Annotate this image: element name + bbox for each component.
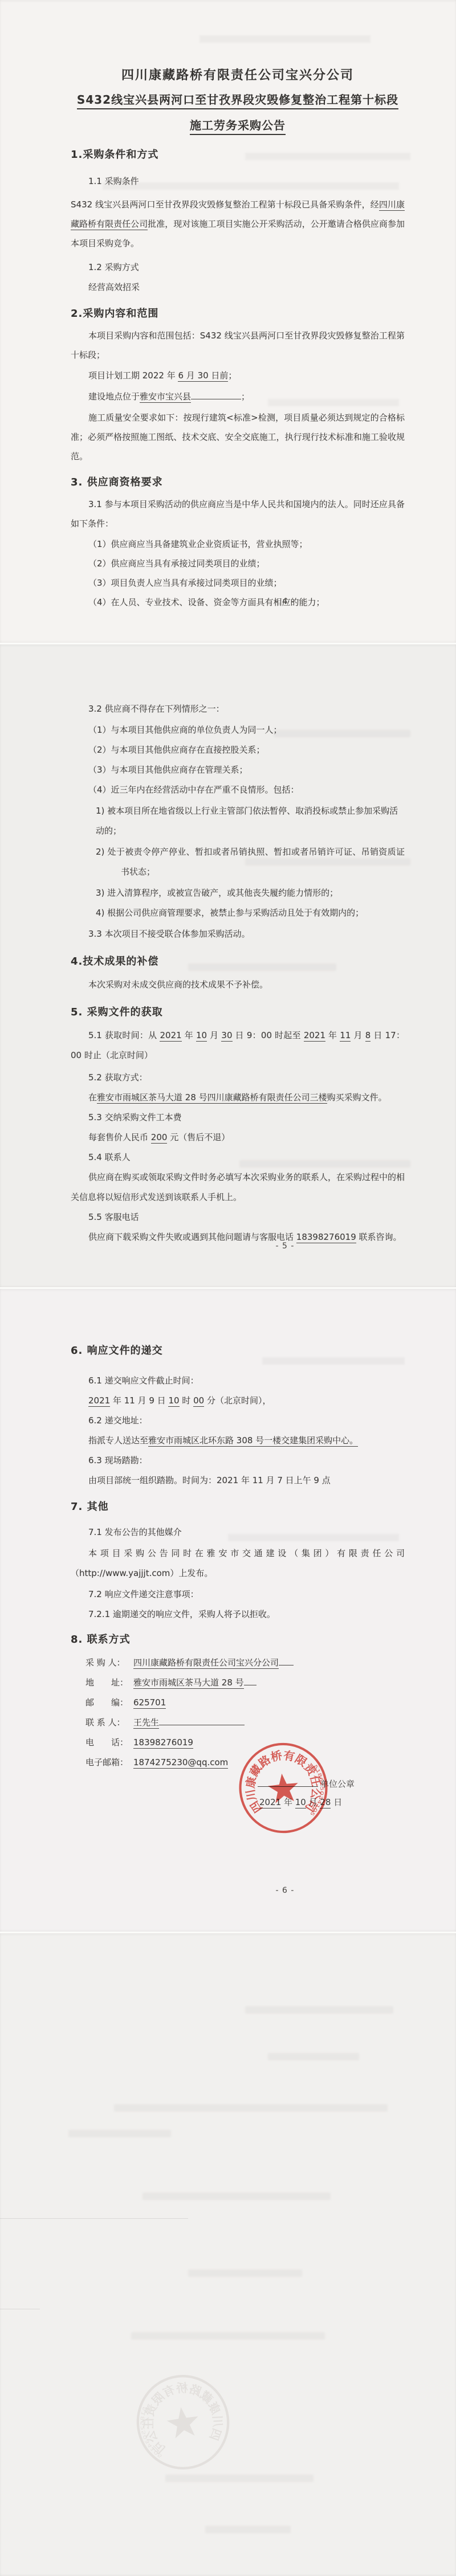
clause-5-1-text: 5.1 获取时间：从 2021 年 10 月 30 日 9：00 时起至 202… [71, 1026, 405, 1065]
contact-person-note: 供应商在购买或领取采购文件时务必填写本次采购业务的联系人，在采购过程中的相关信息… [71, 1167, 405, 1207]
page-number-4: - 4 - [0, 597, 456, 606]
company-seal-stamp: 四川康藏路桥有限责任公司 518625034105 [231, 1726, 336, 1850]
page-number-6: - 6 - [0, 1886, 456, 1895]
section-4-heading: 4.技术成果的补偿 [71, 953, 405, 970]
scanned-procurement-announcement: 四川康藏路桥有限责任公司宝兴分公司 S432线宝兴县两河口至甘孜界段灾毁修复整治… [0, 0, 456, 2576]
document-page-1: 四川康藏路桥有限责任公司宝兴分公司 S432线宝兴县两河口至甘孜界段灾毁修复整治… [0, 0, 456, 643]
document-page-3: 6. 响应文件的递交 6.1 递交响应文件截止时间： 2021 年 11 月 9… [0, 1289, 456, 1932]
delivery-address-line: 指派专人送达至雅安市雨城区北环东路 308 号一楼交建集团采购中心。 [71, 1431, 405, 1451]
contact-label: 采 购 人： [85, 1653, 133, 1673]
contact-label: 电 话： [85, 1733, 133, 1753]
contact-value: 1874275230@qq.com [133, 1757, 228, 1769]
seal-bleed-through: 四川康藏路桥有限责任公司 518625034105 [127, 2367, 239, 2478]
announcement-title-text: 施工劳务采购公告 [190, 119, 286, 135]
list-item: （2）与本项目其他供应商存在直接控股关系； [71, 740, 405, 760]
section-2-heading: 2.采购内容和范围 [71, 305, 405, 322]
clause-6-3-heading: 6.3 现场踏勘： [71, 1451, 405, 1471]
bleed-through-mark [268, 2053, 359, 2060]
list-item: （4）近三年内在经营活动中存在严重不良情形。包括： [71, 780, 405, 800]
site-visit-line: 由项目部统一组织踏勘。时间为：2021 年 11 月 7 日上午 9 点 [71, 1471, 405, 1491]
clause-5-4-heading: 5.4 联系人 [71, 1148, 405, 1167]
clause-7-2-heading: 7.2 响应文件递交注意事项： [71, 1585, 405, 1605]
section-7-heading: 7. 其他 [71, 1499, 405, 1516]
clause-1-2-heading: 1.2 采购方式 [71, 258, 405, 277]
contact-row-purchaser: 采 购 人：四川康藏路桥有限责任公司宝兴分公司 [71, 1653, 405, 1673]
company-title: 四川康藏路桥有限责任公司宝兴分公司 [71, 67, 405, 84]
clause-3-1-text: 3.1 参与本项目采购活动的供应商应当是中华人民共和国境内的法人。同时还应具备如… [71, 495, 405, 533]
sub-list-item: 1) 被本项目所在地省级以上行业主管部门依法暂停、取消投标或禁止参加采购活动的； [71, 801, 405, 841]
compensation-text: 本次采购对未成交供应商的技术成果不予补偿。 [71, 975, 405, 995]
bleed-through-mark [188, 2269, 302, 2277]
contact-value: 四川康藏路桥有限责任公司宝兴分公司 [133, 1658, 294, 1668]
bleed-through-mark [199, 35, 370, 43]
contact-value: 625701 [133, 1697, 166, 1709]
contact-label: 地 址： [85, 1673, 133, 1693]
scan-artifact-line [0, 2309, 40, 2309]
list-item: （2）供应商应当具有承接过同类项目的业绩； [71, 554, 405, 573]
bleed-through-mark [114, 2104, 388, 2112]
contact-value: 雅安市雨城区茶马大道 28 号 [133, 1677, 256, 1688]
quality-requirement-paragraph: 施工质量安全要求如下：按现行建筑<标准>检测，项目质量必须达到规定的合格标准；必… [71, 408, 405, 466]
sub-list-item: 3) 进入清算程序，或被宣告破产，或其他丧失履约能力情形的； [71, 883, 405, 903]
bleed-through-mark [165, 2475, 313, 2482]
bleed-through-mark [131, 2332, 325, 2340]
announcement-title: 施工劳务采购公告 [71, 117, 405, 135]
bleed-through-mark [205, 2526, 291, 2533]
contact-value: 18398276019 [133, 1737, 193, 1749]
clause-5-2-heading: 5.2 获取方式： [71, 1068, 405, 1088]
clause-3-2-heading: 3.2 供应商不得存在下列情形之一： [71, 699, 405, 719]
section-1-heading: 1.采购条件和方式 [71, 146, 405, 164]
contact-row-address: 地 址：雅安市雨城区茶马大道 28 号 [71, 1673, 405, 1693]
scope-paragraph: 本项目采购内容和范围包括：S432 线宝兴县两河口至甘孜界段灾毁修复整治工程第十… [71, 326, 405, 365]
list-item: （1）与本项目其他供应商的单位负责人为同一人； [71, 720, 405, 740]
company-seal-icon: 四川康藏路桥有限责任公司 518625034105 [231, 1726, 336, 1850]
document-page-2: 3.2 供应商不得存在下列情形之一： （1）与本项目其他供应商的单位负责人为同一… [0, 644, 456, 1287]
section-6-heading: 6. 响应文件的递交 [71, 1342, 405, 1360]
clause-5-5-heading: 5.5 客服电话 [71, 1207, 405, 1227]
document-price-line: 每套售价人民币 200 元（售后不退） [71, 1128, 405, 1148]
clause-6-2-heading: 6.2 递交地址： [71, 1411, 405, 1431]
clause-1-1-heading: 1.1 采购条件 [71, 172, 405, 191]
bleed-through-mark [68, 2130, 171, 2137]
clause-1-2-text: 经营高效招采 [71, 277, 405, 297]
section-5-heading: 5. 采购文件的获取 [71, 1004, 405, 1021]
purchase-address-line: 在雅安市雨城区茶马大道 28 号四川康藏路桥有限责任公司三楼购买采购文件。 [71, 1088, 405, 1108]
seal-ghost-icon: 四川康藏路桥有限责任公司 518625034105 [127, 2367, 239, 2478]
section-8-heading: 8. 联系方式 [71, 1631, 405, 1648]
seal-star-icon [267, 1772, 300, 1804]
page-1-content: 四川康藏路桥有限责任公司宝兴分公司 S432线宝兴县两河口至甘孜界段灾毁修复整治… [71, 67, 405, 612]
bleed-through-mark [142, 2193, 331, 2200]
clause-7-2-1-text: 7.2.1 逾期递交的响应文件，采购人将予以拒收。 [71, 1605, 405, 1624]
list-item: （3）与本项目其他供应商存在管理关系； [71, 760, 405, 780]
page-3-content: 6. 响应文件的递交 6.1 递交响应文件截止时间： 2021 年 11 月 9… [71, 1342, 405, 1773]
page-2-content: 3.2 供应商不得存在下列情形之一： （1）与本项目其他供应商的单位负责人为同一… [71, 699, 405, 1247]
contact-row-person: 联 系 人：王先生 [71, 1713, 405, 1733]
clause-5-3-heading: 5.3 交纳采购文件工本费 [71, 1108, 405, 1128]
contact-label: 邮 编： [85, 1693, 133, 1713]
contact-value: 王先生 [133, 1717, 245, 1728]
clause-6-1-heading: 6.1 递交响应文件截止时间： [71, 1371, 405, 1391]
clause-1-1-text: S432 线宝兴县两河口至甘孜界段灾毁修复整治工程第十标段已具备采购条件，经四川… [71, 195, 405, 253]
location-line: 建设地点位于雅安市宝兴县； [71, 387, 405, 407]
page-number-5: - 5 - [0, 1242, 456, 1251]
project-title-text: S432线宝兴县两河口至甘孜界段灾毁修复整治工程第十标段 [77, 93, 398, 109]
media-publication-paragraph: 本项目采购公告同时在雅安市交通建设（集团）有限责任公司（http://www.y… [71, 1544, 405, 1583]
list-item: （3）项目负责人应当具有承接过同类项目的业绩； [71, 573, 405, 593]
document-page-4-blank: 四川康藏路桥有限责任公司 518625034105 [0, 1933, 456, 2576]
project-title: S432线宝兴县两河口至甘孜界段灾毁修复整治工程第十标段 [71, 91, 405, 109]
contact-row-postcode: 邮 编：625701 [71, 1693, 405, 1713]
schedule-line: 项目计划工期 2022 年 6 月 30 日前； [71, 366, 405, 386]
bleed-through-mark [245, 2006, 393, 2014]
section-3-heading: 3. 供应商资格要求 [71, 474, 405, 491]
scan-artifact-line [0, 2218, 188, 2219]
contact-label: 电子邮箱： [85, 1753, 133, 1773]
sub-list-item: 4) 根据公司供应商管理要求，被禁止参与采购活动且处于有效期内的； [71, 903, 405, 923]
clause-7-1-heading: 7.1 发布公告的其他媒介 [71, 1522, 405, 1542]
clause-3-3-text: 3.3 本次项目不接受联合体参加采购活动。 [71, 924, 405, 944]
list-item: （1）供应商应当具备建筑业企业资质证书，营业执照等； [71, 534, 405, 554]
contact-label: 联 系 人： [85, 1713, 133, 1733]
deadline-line: 2021 年 11 月 9 日 10 时 00 分（北京时间）， [71, 1391, 405, 1411]
sub-list-item: 2) 处于被责令停产停业、暂扣或者吊销执照、暂扣或者吊销许可证、吊销资质证书状态… [96, 842, 405, 882]
